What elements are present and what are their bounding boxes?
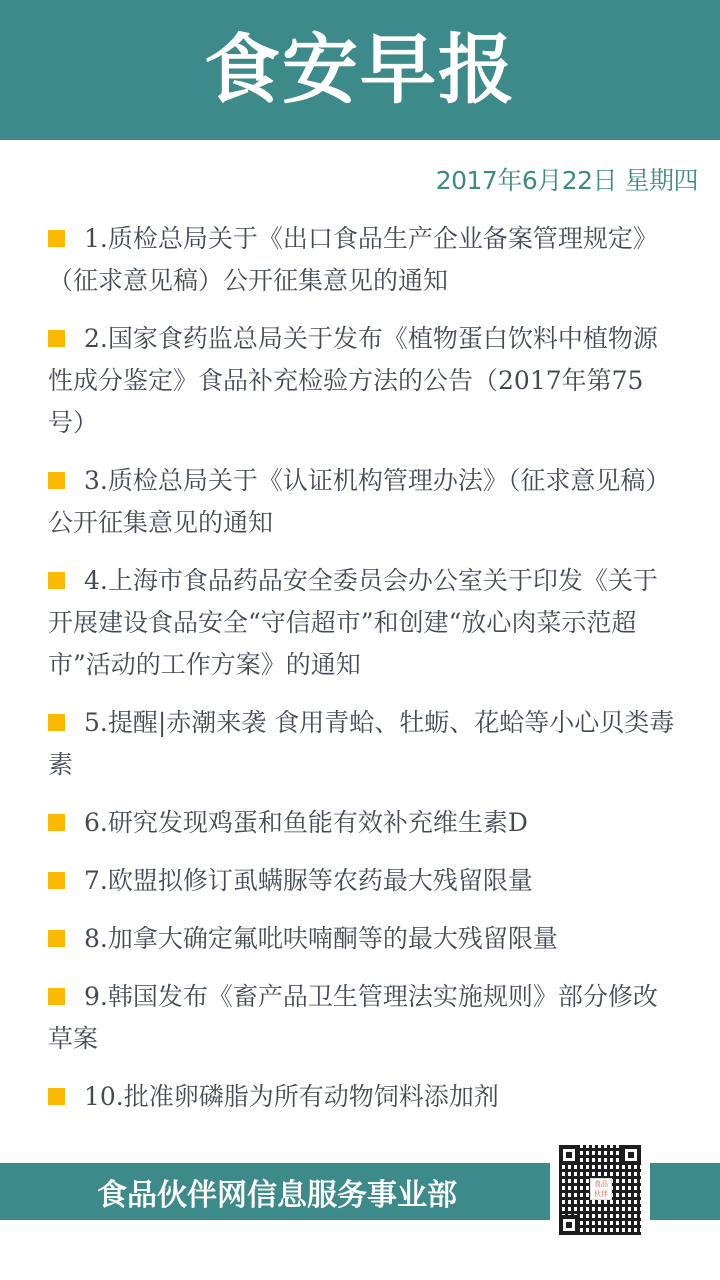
footer-organization: 食品伙伴网信息服务事业部 <box>97 1163 457 1220</box>
news-item-text: 1.质检总局关于《出口食品生产企业备案管理规定》（征求意见稿）公开征集意见的通知 <box>48 224 658 295</box>
news-item-text: 8.加拿大确定氟吡呋喃酮等的最大残留限量 <box>84 924 558 953</box>
qr-code[interactable]: 食品伙伴 <box>550 1140 650 1240</box>
news-item[interactable]: 5.提醒|赤潮来袭 食用青蛤、牡蛎、花蛤等小心贝类毒素 <box>48 702 678 786</box>
header-banner: 食安早报 <box>0 0 720 140</box>
news-item[interactable]: 6.研究发现鸡蛋和鱼能有效补充维生素D <box>48 802 678 844</box>
news-item-text: 10.批准卵磷脂为所有动物饲料添加剂 <box>84 1082 499 1111</box>
news-item[interactable]: 3.质检总局关于《认证机构管理办法》（征求意见稿）公开征集意见的通知 <box>48 460 678 544</box>
square-bullet-icon <box>48 930 65 947</box>
news-item[interactable]: 4.上海市食品药品安全委员会办公室关于印发《关于开展建设食品安全“守信超市”和创… <box>48 560 678 686</box>
news-item[interactable]: 7.欧盟拟修订虱螨脲等农药最大残留限量 <box>48 860 678 902</box>
qr-finder-icon <box>559 1215 579 1235</box>
square-bullet-icon <box>48 230 65 247</box>
news-item-text: 7.欧盟拟修订虱螨脲等农药最大残留限量 <box>84 866 533 895</box>
news-item[interactable]: 10.批准卵磷脂为所有动物饲料添加剂 <box>48 1076 678 1118</box>
news-item[interactable]: 1.质检总局关于《出口食品生产企业备案管理规定》（征求意见稿）公开征集意见的通知 <box>48 218 678 302</box>
news-item[interactable]: 2.国家食药监总局关于发布《植物蛋白饮料中植物源性成分鉴定》食品补充检验方法的公… <box>48 318 678 444</box>
news-item-text: 2.国家食药监总局关于发布《植物蛋白饮料中植物源性成分鉴定》食品补充检验方法的公… <box>48 324 658 437</box>
news-item-text: 6.研究发现鸡蛋和鱼能有效补充维生素D <box>84 808 528 837</box>
square-bullet-icon <box>48 988 65 1005</box>
news-item[interactable]: 9.韩国发布《畜产品卫生管理法实施规则》部分修改草案 <box>48 976 678 1060</box>
square-bullet-icon <box>48 714 65 731</box>
news-item-text: 3.质检总局关于《认证机构管理办法》（征求意见稿）公开征集意见的通知 <box>48 466 670 537</box>
square-bullet-icon <box>48 472 65 489</box>
qr-finder-icon <box>559 1145 579 1165</box>
page-title: 食安早报 <box>204 32 516 108</box>
date-label: 2017年6月22日 星期四 <box>436 166 698 196</box>
square-bullet-icon <box>48 330 65 347</box>
square-bullet-icon <box>48 814 65 831</box>
square-bullet-icon <box>48 1088 65 1105</box>
news-item-text: 5.提醒|赤潮来袭 食用青蛤、牡蛎、花蛤等小心贝类毒素 <box>48 708 674 779</box>
qr-logo-icon: 食品伙伴 <box>590 1178 612 1200</box>
news-item-text: 4.上海市食品药品安全委员会办公室关于印发《关于开展建设食品安全“守信超市”和创… <box>48 566 658 679</box>
square-bullet-icon <box>48 872 65 889</box>
qr-code-icon: 食品伙伴 <box>559 1145 641 1235</box>
qr-finder-icon <box>621 1145 641 1165</box>
news-list: 1.质检总局关于《出口食品生产企业备案管理规定》（征求意见稿）公开征集意见的通知… <box>48 218 678 1134</box>
news-item-text: 9.韩国发布《畜产品卫生管理法实施规则》部分修改草案 <box>48 982 658 1053</box>
news-item[interactable]: 8.加拿大确定氟吡呋喃酮等的最大残留限量 <box>48 918 678 960</box>
square-bullet-icon <box>48 572 65 589</box>
